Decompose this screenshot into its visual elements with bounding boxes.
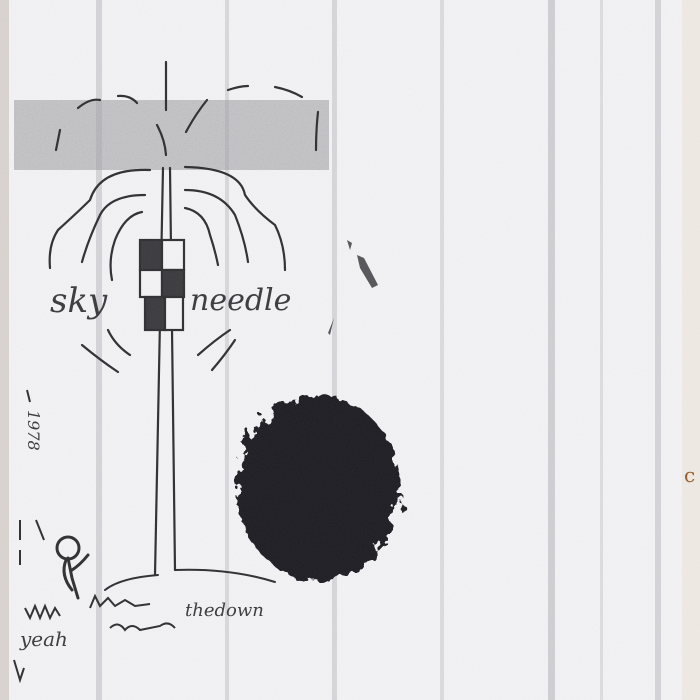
drawing: sky needle thedown yeah: [0, 0, 700, 700]
artwork-canvas: sky needle thedown yeah: [0, 0, 700, 700]
